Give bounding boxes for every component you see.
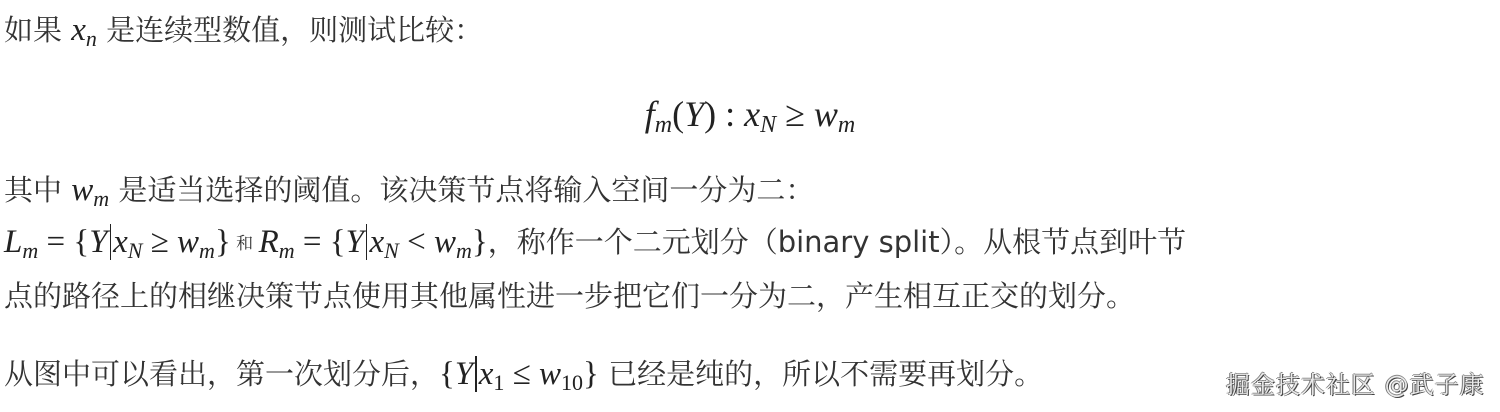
math-x-n: xn (71, 12, 97, 48)
math-L-m-set: Lm = {YxN ≥ wm} (4, 224, 231, 260)
text: 其中 (4, 173, 71, 207)
formula-f-m-Y: fm(Y) : xN ≥ wm (645, 94, 856, 134)
math-pure-set: {Yx1 ≤ w10} (439, 356, 599, 392)
math-R-m-set: Rm = {YxN < wm} (259, 224, 488, 260)
paragraph-first-split: 从图中可以看出，第一次划分后，{Yx1 ≤ w10} 已经是纯的，所以不需要再划… (4, 354, 1043, 394)
text: ，称作一个二元划分（binary split）。从根节点到叶节 (488, 225, 1186, 259)
text: 如果 (4, 13, 71, 47)
text: 从图中可以看出，第一次划分后， (4, 357, 439, 391)
paragraph-threshold-line2: Lm = {YxN ≥ wm} 和 Rm = {YxN < wm}，称作一个二元… (4, 222, 1186, 264)
paragraph-continuous-test: 如果 xn 是连续型数值，则测试比较： (4, 10, 483, 50)
and-text: 和 (231, 234, 259, 254)
paragraph-threshold-line3: 点的路径上的相继决策节点使用其他属性进一步把它们一分为二，产生相互正交的划分。 (4, 276, 1135, 316)
text: 已经是纯的，所以不需要再划分。 (599, 357, 1043, 391)
paragraph-threshold-line1: 其中 wm 是适当选择的阈值。该决策节点将输入空间一分为二： (4, 170, 814, 210)
text: 是适当选择的阈值。该决策节点将输入空间一分为二： (109, 173, 814, 207)
display-formula: fm(Y) : xN ≥ wm (0, 92, 1500, 138)
math-w-m: wm (71, 172, 109, 208)
text: 是连续型数值，则测试比较： (97, 13, 483, 47)
watermark: 掘金技术社区 @武子康 (1226, 365, 1485, 400)
